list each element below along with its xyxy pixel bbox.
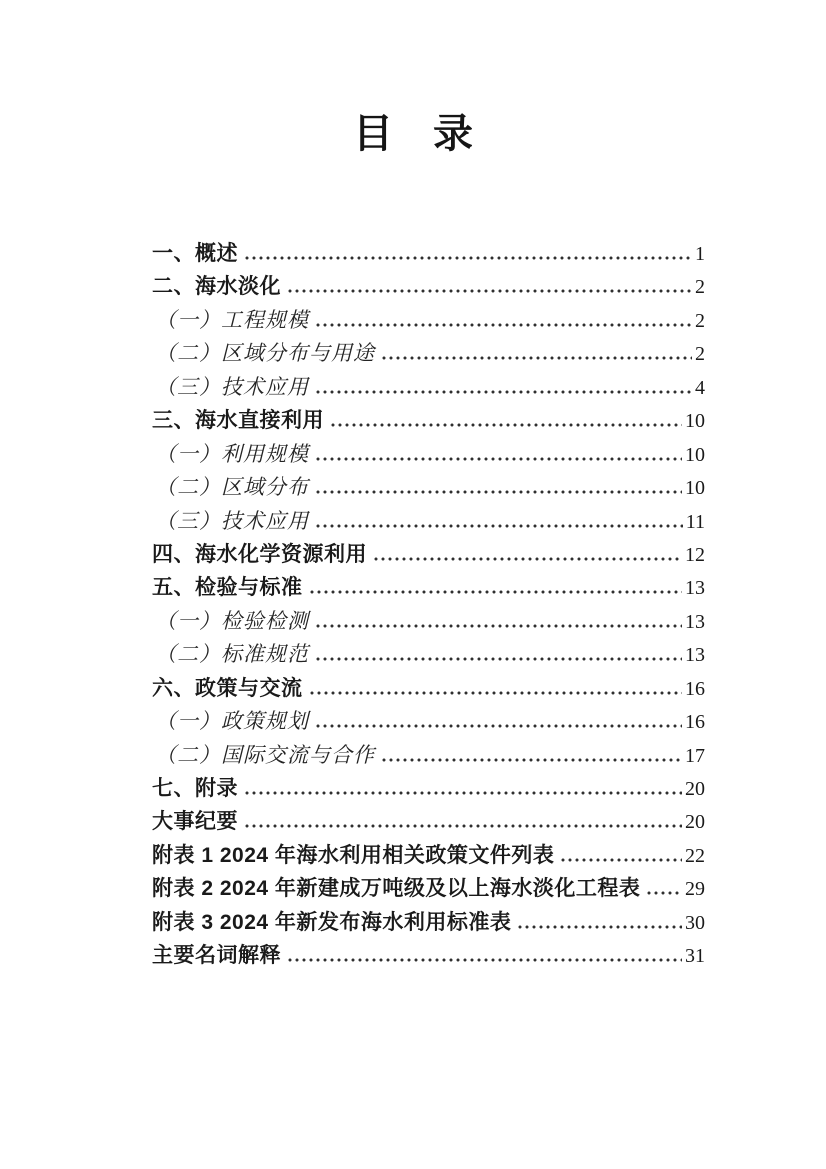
dotted-leader [288,958,682,962]
toc-entry: 五、检验与标准 13 [152,571,705,604]
toc-entry-label: 主要名词解释 [152,939,281,969]
toc-entry-label: （一）政策规划 [152,705,309,735]
dotted-leader [561,858,682,862]
toc-entry: 七、附录 20 [152,772,705,805]
toc-entry-label: 三、海水直接利用 [152,404,324,434]
toc-entry-page: 10 [685,477,705,500]
toc-entry: 大事纪要 20 [152,805,705,838]
toc-entry-label: （二）区域分布与用途 [152,337,375,367]
toc-entry-page: 2 [695,276,705,299]
dotted-leader [245,824,682,828]
dotted-leader [288,289,692,293]
toc-entry-label: （二）区域分布 [152,471,309,501]
toc-entry-page: 16 [685,711,705,734]
toc-entry-label: 附表 1 2024 年海水利用相关政策文件列表 [152,839,554,869]
toc-entry: （三）技术应用 11 [152,505,705,538]
dotted-leader [382,758,682,762]
toc-entry-page: 2 [695,343,705,366]
dotted-leader [316,490,682,494]
dotted-leader [374,557,682,561]
toc-entry: 附表 3 2024 年新发布海水利用标准表 30 [152,906,705,939]
toc-entry-label: 四、海水化学资源利用 [152,538,367,568]
dotted-leader [316,724,682,728]
toc-entry-page: 30 [685,912,705,935]
toc-entry-label: 五、检验与标准 [152,571,303,601]
toc-entry-page: 20 [685,811,705,834]
toc-entry-label: 六、政策与交流 [152,672,303,702]
toc-entry-page: 13 [685,577,705,600]
dotted-leader [518,925,682,929]
toc-entry: 三、海水直接利用 10 [152,404,705,437]
toc-entry-label: 大事纪要 [152,805,238,835]
toc-entry: （三）技术应用 4 [152,371,705,404]
toc-entry-page: 1 [695,243,705,266]
toc-entry: （二）区域分布与用途 2 [152,337,705,370]
dotted-leader [245,256,692,260]
dotted-leader [245,791,682,795]
toc-entry-label: （一）利用规模 [152,438,309,468]
toc-entry-label: 二、海水淡化 [152,270,281,300]
dotted-leader [310,590,683,594]
toc-entry-label: 附表 2 2024 年新建成万吨级及以上海水淡化工程表 [152,872,640,902]
toc-entry-label: （二）国际交流与合作 [152,739,375,769]
dotted-leader [316,524,683,528]
toc-entry: （一）检验检测 13 [152,605,705,638]
dotted-leader [316,624,682,628]
toc-entry: （二）国际交流与合作 17 [152,739,705,772]
toc-entry-page: 20 [685,778,705,801]
toc-entry-page: 31 [685,945,705,968]
toc-entry: （二）标准规范 13 [152,638,705,671]
toc-entry-label: （二）标准规范 [152,638,309,668]
toc-entry: （一）工程规模 2 [152,304,705,337]
dotted-leader [316,457,682,461]
toc-entry-page: 4 [695,377,705,400]
toc-entry-label: （一）工程规模 [152,304,309,334]
dotted-leader [382,356,692,360]
toc-entry: 二、海水淡化 2 [152,270,705,303]
toc-entry-label: 七、附录 [152,772,238,802]
dotted-leader [316,323,692,327]
toc-entry: 四、海水化学资源利用 12 [152,538,705,571]
page-title: 目 录 [0,110,826,158]
toc-entry-page: 2 [695,310,705,333]
toc-entry: （一）利用规模 10 [152,438,705,471]
toc-entry: 附表 1 2024 年海水利用相关政策文件列表 22 [152,839,705,872]
toc-entry-page: 16 [685,678,705,701]
toc-entry-label: 一、概述 [152,237,238,267]
toc-entry-label: （三）技术应用 [152,505,309,535]
toc-entry: 主要名词解释 31 [152,939,705,972]
toc-entry-page: 12 [685,544,705,567]
toc-entry-page: 13 [685,644,705,667]
toc-entry: （一）政策规划 16 [152,705,705,738]
toc-entry-page: 17 [685,745,705,768]
toc-entry: 六、政策与交流 16 [152,672,705,705]
toc-entry: 附表 2 2024 年新建成万吨级及以上海水淡化工程表 29 [152,872,705,905]
toc-entry-page: 10 [685,410,705,433]
toc-entry-page: 10 [685,444,705,467]
toc-list: 一、概述 1 二、海水淡化 2 （一）工程规模 2 （二）区域分布与用途 2 （… [152,237,705,973]
toc-entry-label: （三）技术应用 [152,371,309,401]
dotted-leader [316,657,682,661]
dotted-leader [310,691,683,695]
document-page: 目 录 一、概述 1 二、海水淡化 2 （一）工程规模 2 （二）区域分布与用途… [0,0,826,1169]
dotted-leader [331,423,682,427]
toc-entry-page: 22 [685,845,705,868]
toc-entry-page: 13 [685,611,705,634]
dotted-leader [316,390,692,394]
toc-entry-page: 29 [685,878,705,901]
dotted-leader [647,891,682,895]
toc-entry: （二）区域分布 10 [152,471,705,504]
toc-entry-page: 11 [686,511,705,534]
toc-entry: 一、概述 1 [152,237,705,270]
toc-entry-label: （一）检验检测 [152,605,309,635]
toc-entry-label: 附表 3 2024 年新发布海水利用标准表 [152,906,511,936]
